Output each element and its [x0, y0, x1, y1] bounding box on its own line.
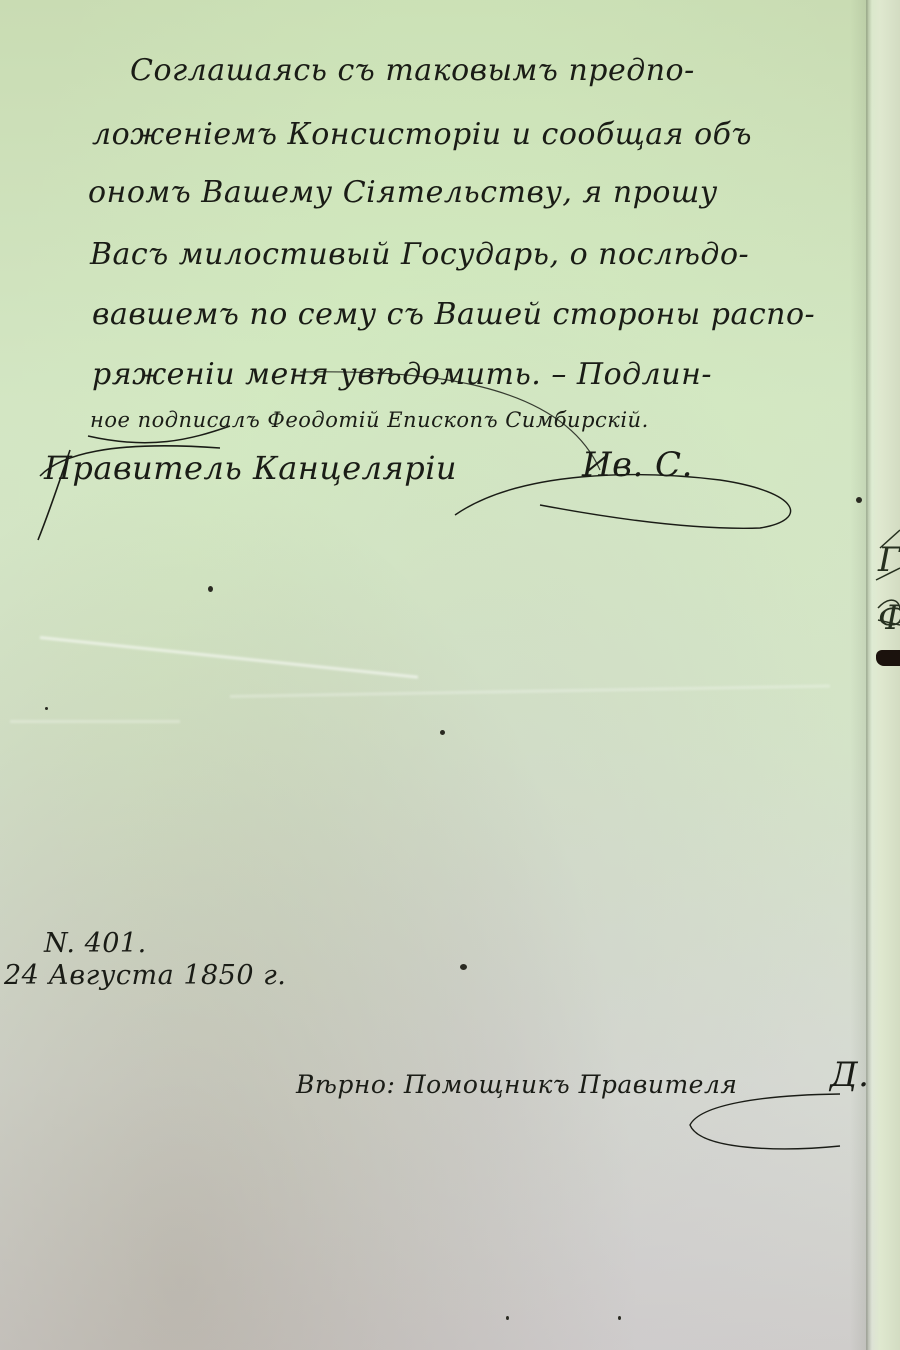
document-page: Соглашаясь съ таковымъ предпо- ложеніемъ…: [0, 0, 900, 1350]
body-line-4: Васъ милостивый Государь, о послѣдо-: [90, 240, 749, 270]
ink-speck: [856, 497, 862, 503]
paper-crease: [40, 636, 418, 679]
verification-text: Вѣрно: Помощникъ Правителя: [296, 1072, 737, 1097]
registry-number: N. 401.: [44, 930, 147, 957]
body-line-7: ное подписалъ Феодотій Епископъ Симбирск…: [90, 408, 649, 432]
page-fold: [866, 0, 900, 1350]
body-line-1: Соглашаясь съ таковымъ предпо-: [130, 56, 695, 86]
body-line-2: ложеніемъ Консисторіи и сообщая объ: [92, 120, 752, 150]
attestation-signature: Ив. С.: [582, 448, 693, 482]
right-edge-fragment: Ф: [878, 598, 900, 638]
body-line-5: вавшемъ по сему съ Вашей стороны распо-: [92, 300, 815, 330]
paper-crease: [230, 685, 830, 698]
body-line-3: ономъ Вашему Сіятельству, я прошу: [88, 178, 718, 208]
ink-speck: [460, 964, 467, 970]
ink-speck: [45, 707, 48, 710]
torn-edge: [876, 650, 900, 666]
ink-speck: [208, 586, 213, 592]
verification-signature: Д.: [830, 1058, 869, 1092]
ink-speck: [618, 1316, 621, 1320]
right-edge-fragment: Г: [878, 540, 900, 580]
attestation-label: Правитель Канцеляріи: [44, 452, 457, 484]
registry-date: 24 Августа 1850 г.: [4, 962, 286, 989]
paper-crease: [10, 720, 180, 723]
ink-speck: [506, 1316, 509, 1320]
body-line-6: ряженіи меня увѣдомить. – Подлин-: [92, 360, 712, 390]
ink-speck: [440, 730, 445, 735]
